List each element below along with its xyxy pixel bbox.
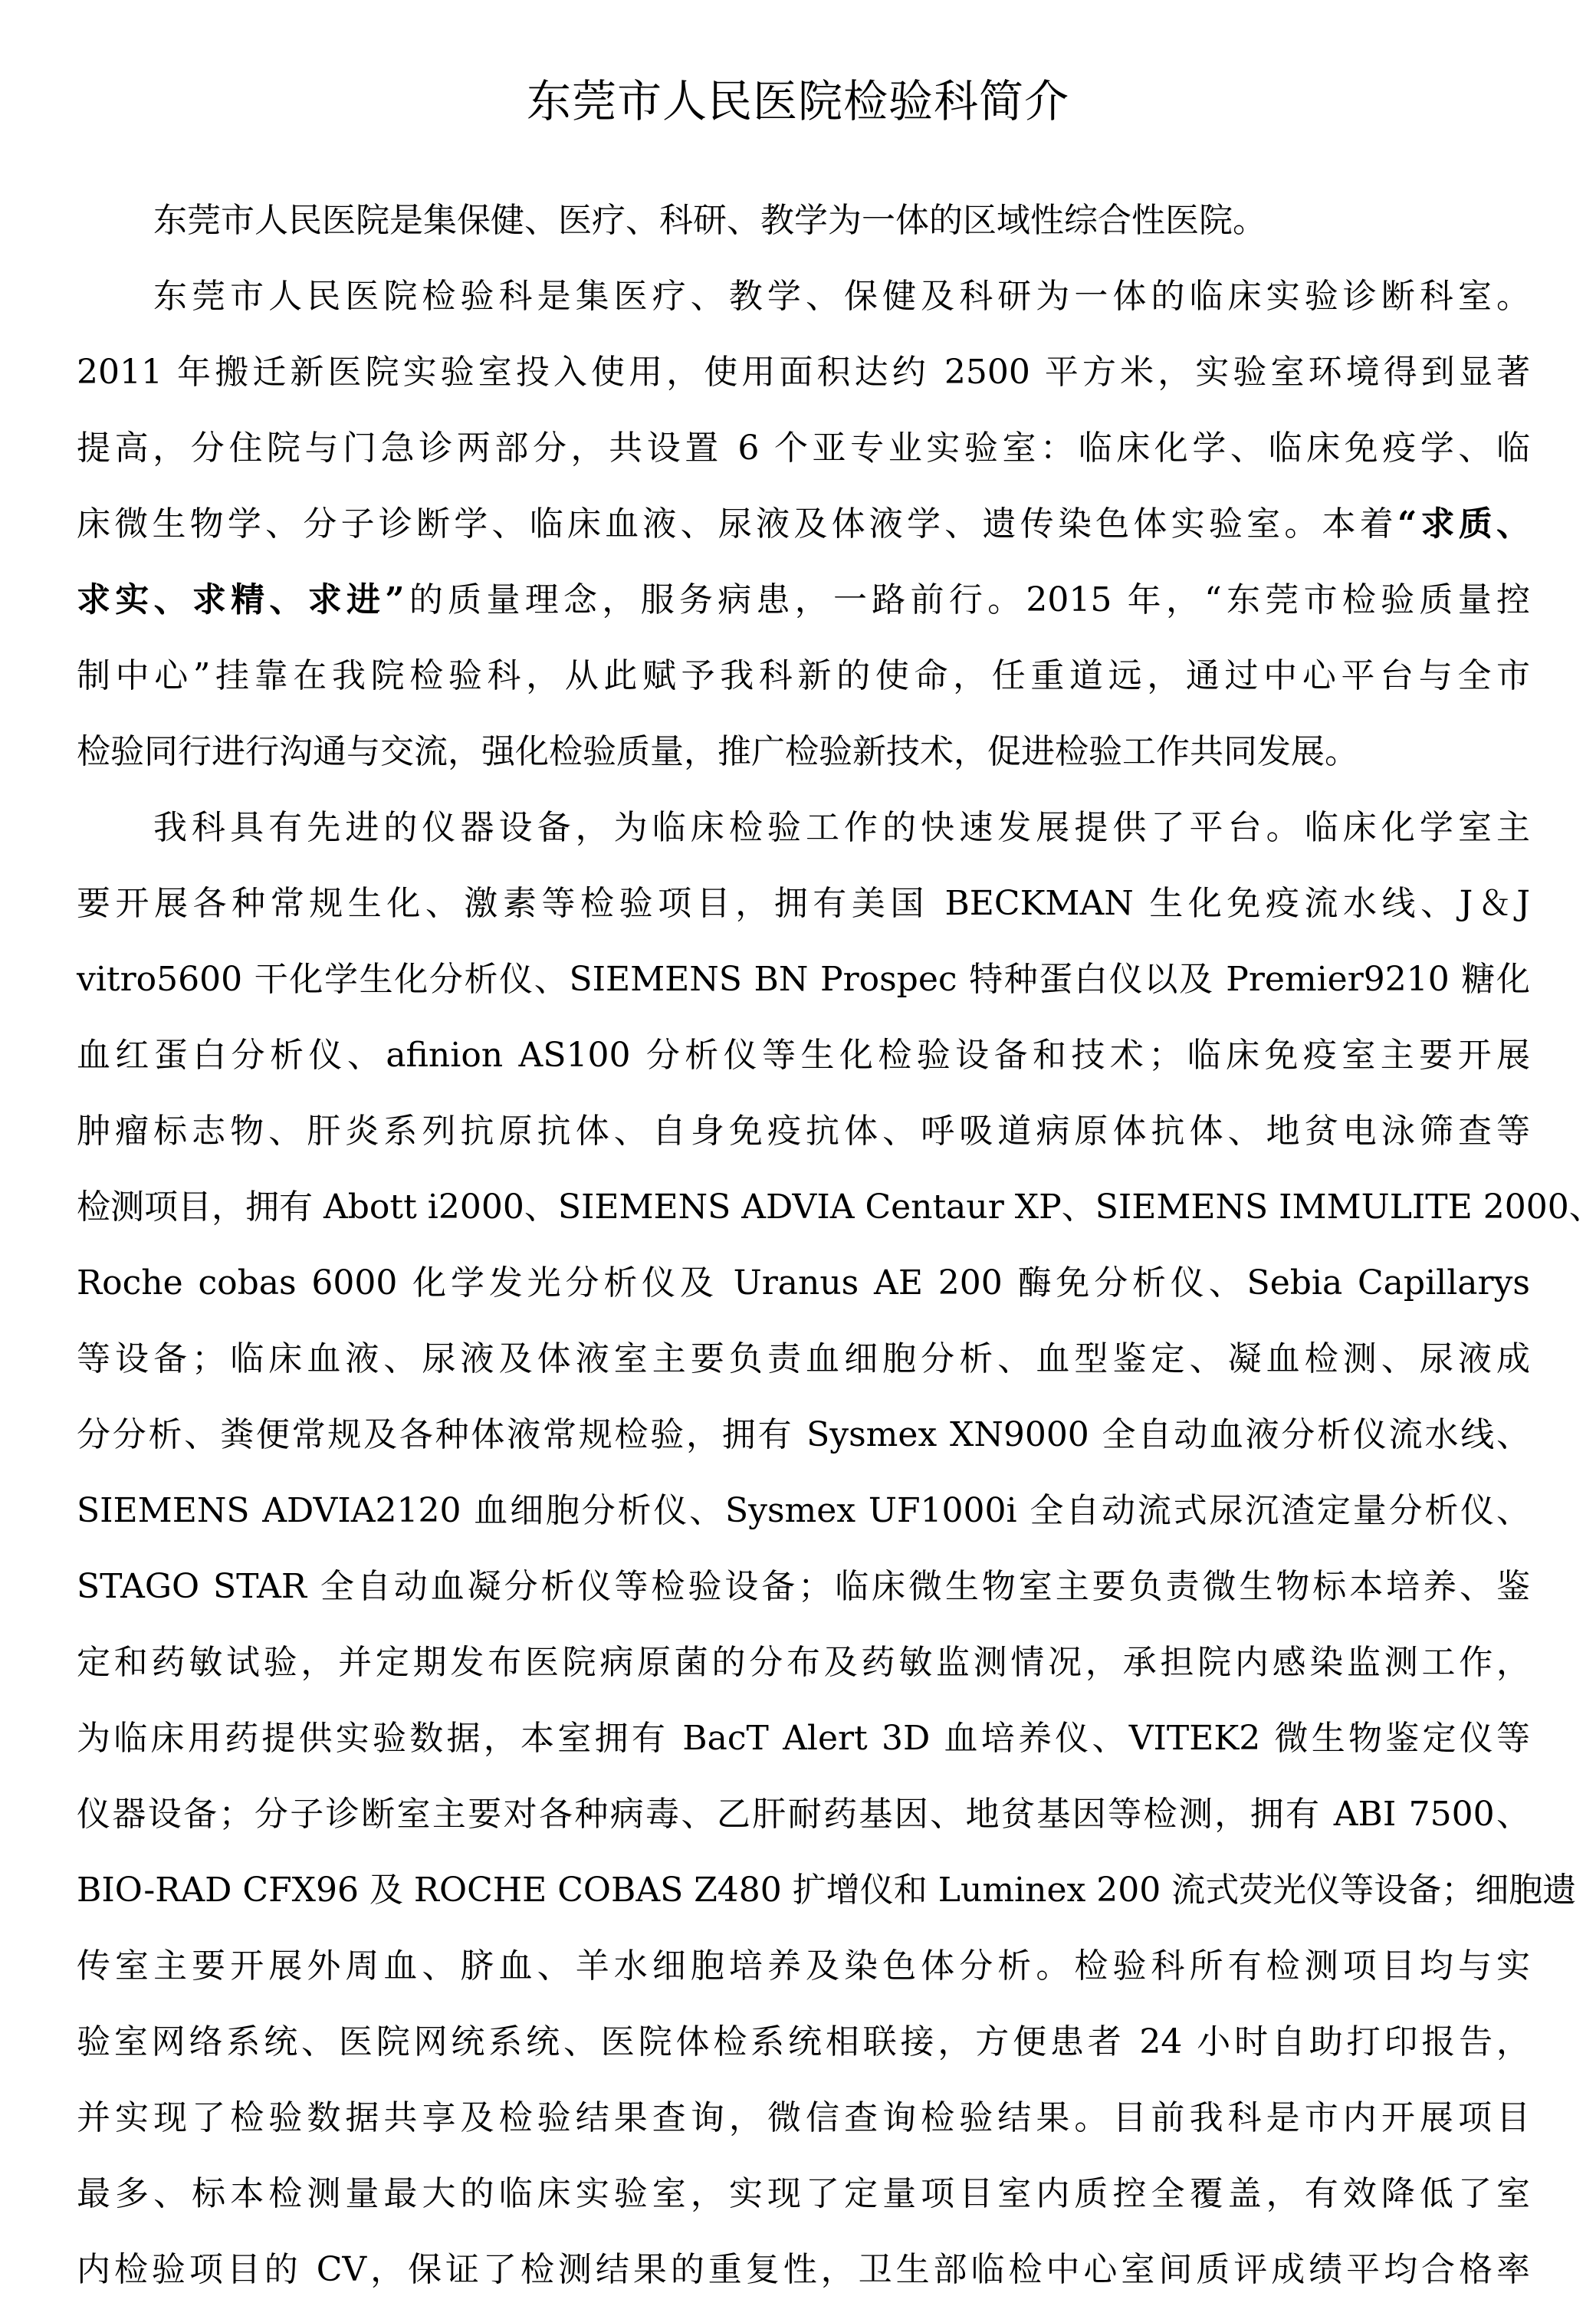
paragraph-2-line-6: 制中心”挂靠在我院检验科，从此赋予我科新的使命，任重道远，通过中心平台与全市 [77,638,1530,714]
paragraph-3-line-8: 等设备；临床血液、尿液及体液室主要负责血细胞分析、血型鉴定、凝血检测、尿液成 [77,1321,1530,1397]
paragraph-3-line-17: 验室网络系统、医院网统系统、医院体检系统相联接，方便患者 24 小时自助打印报告… [77,2004,1530,2080]
paragraph-3-line-16: 传室主要开展外周血、脐血、羊水细胞培养及染色体分析。检验科所有检测项目均与实 [77,1928,1530,2004]
paragraph-2-line-5: 求实、求精、求进”的质量理念，服务病患，一路前行。2015 年，“东莞市检验质量… [77,562,1530,638]
paragraph-3-line-15: BIO-RAD CFX96 及 ROCHE COBAS Z480 扩增仪和 Lu… [77,1852,1530,1928]
paragraph-3-line-9: 分分析、粪便常规及各种体液常规检验，拥有 Sysmex XN9000 全自动血液… [77,1397,1530,1473]
quality-motto-part-1: “求质、 [1397,504,1530,544]
paragraph-3-line-20: 内检验项目的 CV，保证了检测结果的重复性，卫生部临检中心室间质评成绩平均合格率 [77,2232,1530,2306]
paragraph-3-line-5: 肿瘤标志物、肝炎系列抗原抗体、自身免疫抗体、呼吸道病原体抗体、地贫电泳筛查等 [77,1093,1530,1169]
paragraph-3-line-11: STAGO STAR 全自动血凝分析仪等检验设备；临床微生物室主要负责微生物标本… [77,1549,1530,1624]
paragraph-2-line-4: 床微生物学、分子诊断学、临床血液、尿液及体液学、遗传染色体实验室。本着“求质、 [77,486,1530,562]
document-body: 东莞市人民医院是集保健、医疗、科研、教学为一体的区域性综合性医院。 东莞市人民医… [77,182,1530,2306]
paragraph-3-line-14: 仪器设备；分子诊断室主要对各种病毒、乙肝耐药基因、地贫基因等检测，拥有 ABI … [77,1776,1530,1852]
paragraph-3-line-10: SIEMENS ADVIA2120 血细胞分析仪、Sysmex UF1000i … [77,1473,1530,1549]
paragraph-3-line-3: vitro5600 干化学生化分析仪、SIEMENS BN Prospec 特种… [77,941,1530,1017]
paragraph-3-line-6: 检测项目，拥有 Abott i2000、SIEMENS ADVIA Centau… [77,1169,1530,1245]
paragraph-3-line-18: 并实现了检验数据共享及检验结果查询，微信查询检验结果。目前我科是市内开展项目 [77,2080,1530,2156]
paragraph-1-line-1: 东莞市人民医院是集保健、医疗、科研、教学为一体的区域性综合性医院。 [77,182,1530,258]
paragraph-2-line-3: 提高，分住院与门急诊两部分，共设置 6 个亚专业实验室：临床化学、临床免疫学、临 [77,410,1530,486]
paragraph-2-line-1: 东莞市人民医院检验科是集医疗、教学、保健及科研为一体的临床实验诊断科室。 [77,258,1530,334]
text-run: 床微生物学、分子诊断学、临床血液、尿液及体液学、遗传染色体实验室。本着 [77,504,1397,544]
paragraph-3-line-4: 血红蛋白分析仪、afinion AS100 分析仪等生化检验设备和技术；临床免疫… [77,1017,1530,1093]
paragraph-3-line-2: 要开展各种常规生化、激素等检验项目，拥有美国 BECKMAN 生化免疫流水线、J… [77,866,1530,941]
paragraph-2-line-7: 检验同行进行沟通与交流，强化检验质量，推广检验新技术，促进检验工作共同发展。 [77,714,1530,790]
paragraph-2-line-2: 2011 年搬迁新医院实验室投入使用，使用面积达约 2500 平方米，实验室环境… [77,334,1530,410]
paragraph-3-line-13: 为临床用药提供实验数据，本室拥有 BacT Alert 3D 血培养仪、VITE… [77,1700,1530,1776]
text-run: 的质量理念，服务病患，一路前行。2015 年，“东莞市检验质量控 [405,580,1530,619]
paragraph-3-line-19: 最多、标本检测量最大的临床实验室，实现了定量项目室内质控全覆盖，有效降低了室 [77,2156,1530,2232]
paragraph-3-line-12: 定和药敏试验，并定期发布医院病原菌的分布及药敏监测情况，承担院内感染监测工作， [77,1624,1530,1700]
paragraph-3-line-7: Roche cobas 6000 化学发光分析仪及 Uranus AE 200 … [77,1245,1530,1321]
paragraph-3-line-1: 我科具有先进的仪器设备，为临床检验工作的快速发展提供了平台。临床化学室主 [77,790,1530,866]
quality-motto-part-2: 求实、求精、求进” [77,580,405,619]
page-title: 东莞市人民医院检验科简介 [0,71,1596,132]
